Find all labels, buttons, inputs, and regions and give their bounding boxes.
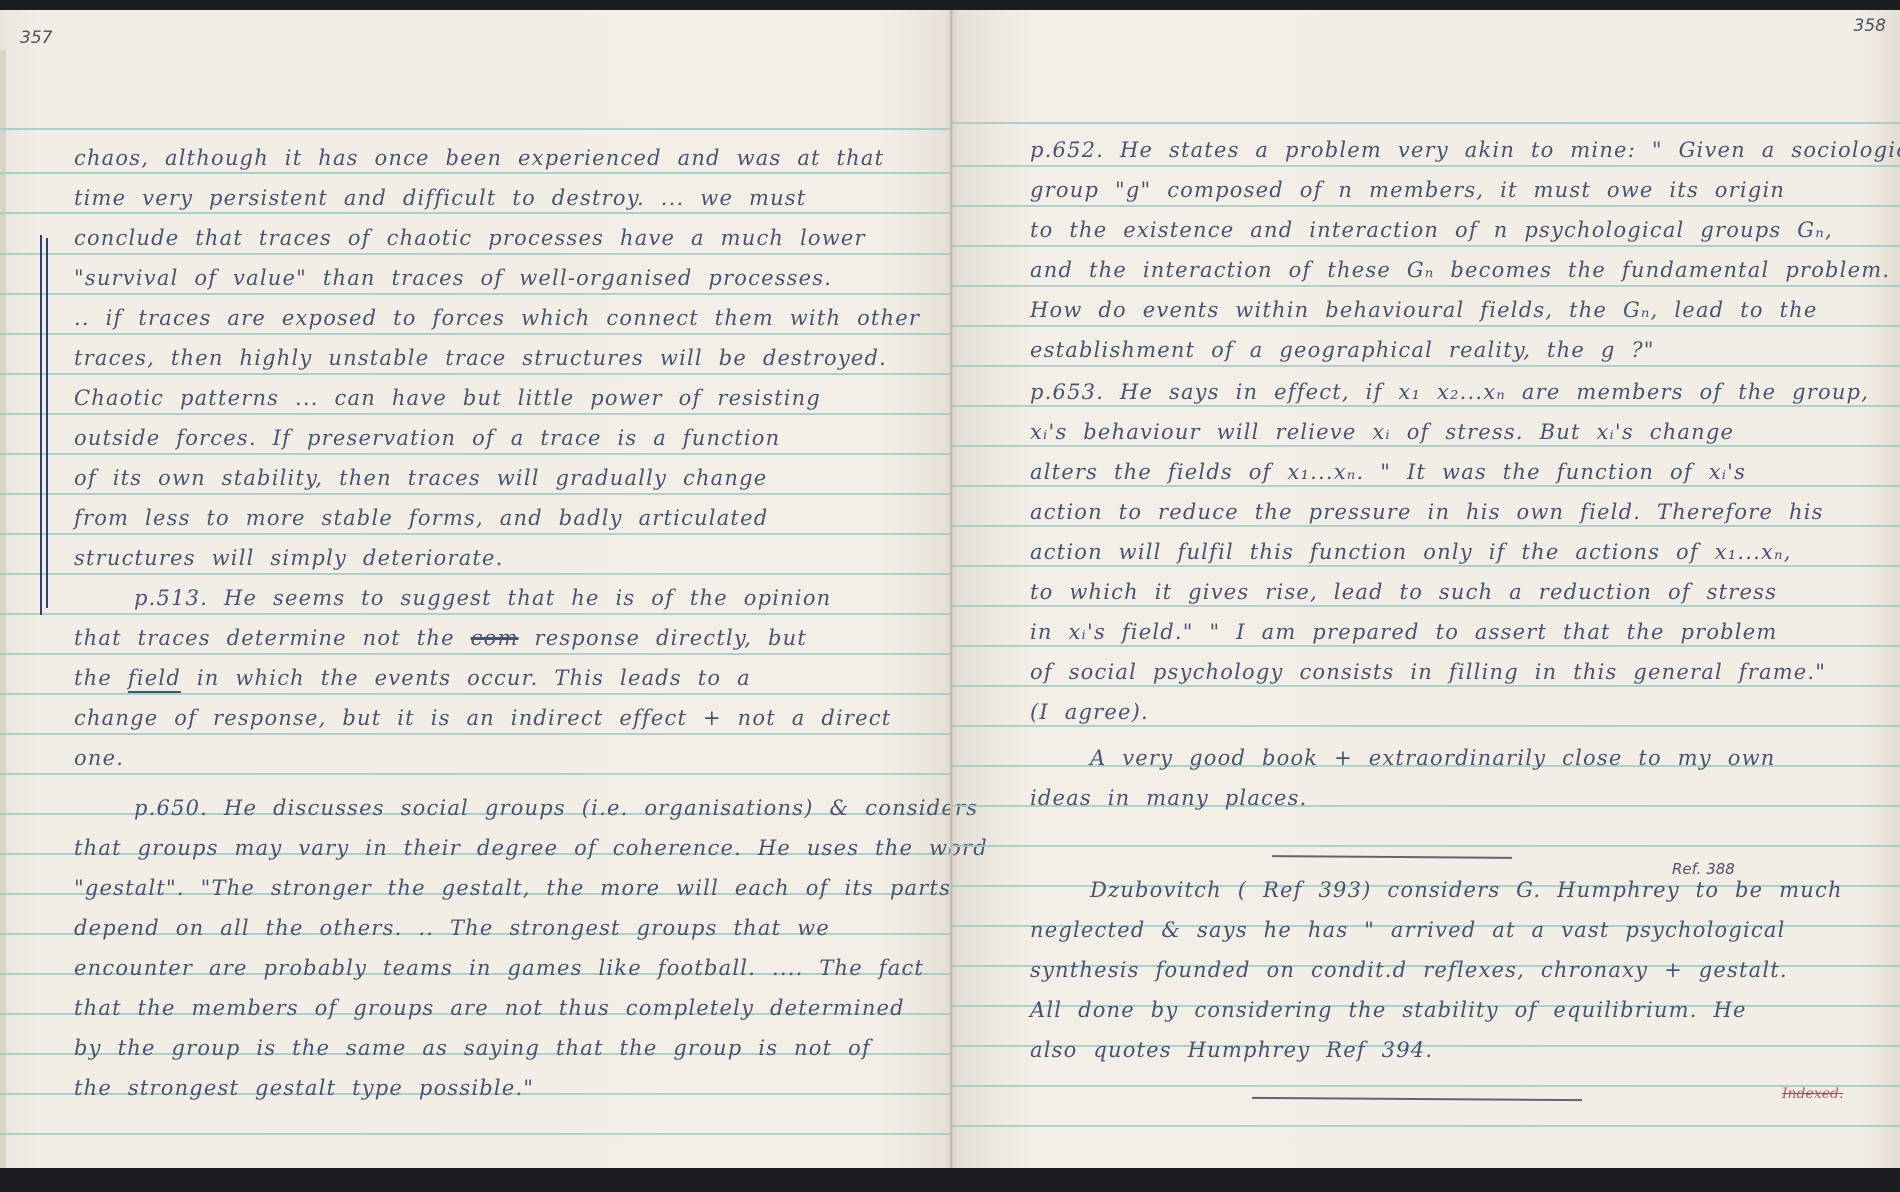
text-line: also quotes Humphrey Ref 394.	[1030, 1038, 1433, 1062]
background-edge	[0, 1168, 1900, 1192]
section-separator	[1272, 855, 1512, 859]
margin-annotation-bar	[40, 235, 42, 615]
text-line: alters the fields of x₁...xₙ. " It was t…	[1030, 460, 1746, 484]
rule-line	[0, 653, 952, 655]
text-line: depend on all the others. .. The stronge…	[74, 916, 830, 940]
text-line: conclude that traces of chaotic processe…	[74, 226, 866, 250]
text-line: by the group is the same as saying that …	[74, 1036, 871, 1060]
text-line: (I agree).	[1030, 700, 1149, 724]
text-line: ideas in many places.	[1030, 786, 1308, 810]
text-line: "survival of value" than traces of well-…	[74, 266, 832, 290]
text-line: time very persistent and difficult to de…	[74, 186, 806, 210]
rule-line	[952, 405, 1900, 407]
rule-line	[952, 285, 1900, 287]
rule-line	[0, 413, 952, 415]
page-number-right: 358	[1854, 16, 1886, 36]
text-line: Dzubovitch ( Ref 393) considers G. Humph…	[1030, 878, 1843, 902]
rule-line	[0, 293, 952, 295]
margin-annotation-bar	[46, 238, 48, 608]
rule-line	[0, 172, 952, 174]
rule-line	[0, 573, 952, 575]
underlined-word: field	[128, 666, 181, 690]
rule-line	[952, 605, 1900, 607]
text-line: from less to more stable forms, and badl…	[74, 506, 768, 530]
text-line: to the existence and interaction of n ps…	[1030, 218, 1833, 242]
text-line: and the interaction of these Gₙ becomes …	[1030, 258, 1890, 282]
text-line: .. if traces are exposed to forces which…	[74, 306, 920, 330]
rule-line	[952, 525, 1900, 527]
text-fragment: in which the events occur. This leads to…	[197, 666, 751, 690]
text-line: p.652. He states a problem very akin to …	[1030, 138, 1900, 162]
rule-line	[952, 165, 1900, 167]
text-line: p.513. He seems to suggest that he is of…	[74, 586, 831, 610]
rule-line	[0, 212, 952, 214]
text-line: A very good book + extraordinarily close…	[1030, 746, 1775, 770]
rule-line	[0, 333, 952, 335]
text-line: p.653. He says in effect, if x₁ x₂...xₙ …	[1030, 380, 1869, 404]
section-separator	[1252, 1097, 1582, 1101]
text-line: outside forces. If preservation of a tra…	[74, 426, 780, 450]
text-line: establishment of a geographical reality,…	[1030, 338, 1655, 362]
right-page: 358 p.652. He states a problem very akin…	[952, 10, 1900, 1178]
rule-line	[0, 453, 952, 455]
text-fragment: response directly, but	[534, 626, 807, 650]
text-line: of social psychology consists in filling…	[1030, 660, 1826, 684]
rule-line	[952, 205, 1900, 207]
text-line: All done by considering the stability of…	[1030, 998, 1747, 1022]
text-fragment: that traces determine not the	[74, 626, 455, 650]
rule-line	[952, 325, 1900, 327]
rule-line	[952, 725, 1900, 727]
text-line: one.	[74, 746, 124, 770]
rule-line	[0, 373, 952, 375]
text-line: chaos, although it has once been experie…	[74, 146, 884, 170]
text-line: the field in which the events occur. Thi…	[74, 666, 751, 690]
rule-line	[0, 733, 952, 735]
rule-line	[952, 1085, 1900, 1087]
text-line: to which it gives rise, lead to such a r…	[1030, 580, 1777, 604]
text-line: synthesis founded on condit.d reflexes, …	[1030, 958, 1788, 982]
text-line: change of response, but it is an indirec…	[74, 706, 891, 730]
page-number-left: 357	[20, 28, 52, 48]
text-line: xᵢ's behaviour will relieve xᵢ of stress…	[1030, 420, 1734, 444]
rule-line	[0, 1133, 952, 1135]
text-line: action to reduce the pressure in his own…	[1030, 500, 1824, 524]
text-line: group "g" composed of n members, it must…	[1030, 178, 1785, 202]
rule-line	[952, 565, 1900, 567]
text-line: neglected & says he has " arrived at a v…	[1030, 918, 1785, 942]
text-line: the strongest gestalt type possible."	[74, 1076, 534, 1100]
text-line: How do events within behavioural fields,…	[1030, 298, 1818, 322]
rule-line	[952, 245, 1900, 247]
struck-word: com	[471, 626, 519, 650]
text-line: structures will simply deteriorate.	[74, 546, 504, 570]
text-fragment: the	[74, 666, 112, 690]
rule-line	[0, 693, 952, 695]
indexed-signoff: Indexed.	[1782, 1086, 1843, 1102]
rule-line	[0, 253, 952, 255]
text-line: encounter are probably teams in games li…	[74, 956, 924, 980]
rule-line	[0, 773, 952, 775]
rule-line	[952, 485, 1900, 487]
rule-line	[0, 128, 952, 130]
rule-line	[952, 122, 1900, 124]
rule-line	[952, 1125, 1900, 1127]
rule-line	[952, 845, 1900, 847]
rule-line	[0, 493, 952, 495]
text-line: action will fulfil this function only if…	[1030, 540, 1792, 564]
text-line: that the members of groups are not thus …	[74, 996, 905, 1020]
text-line: in xᵢ's field." " I am prepared to asser…	[1030, 620, 1777, 644]
rule-line	[952, 365, 1900, 367]
text-line: that groups may vary in their degree of …	[74, 836, 988, 860]
text-line: Chaotic patterns ... can have but little…	[74, 386, 821, 410]
rule-line	[952, 445, 1900, 447]
notebook-spread: 357 chaos, although it has once been exp…	[0, 10, 1900, 1178]
text-line: "gestalt". "The stronger the gestalt, th…	[74, 876, 951, 900]
rule-line	[952, 645, 1900, 647]
text-line: that traces determine not the com respon…	[74, 626, 807, 650]
text-line: p.650. He discusses social groups (i.e. …	[74, 796, 978, 820]
rule-line	[952, 685, 1900, 687]
left-page: 357 chaos, although it has once been exp…	[0, 10, 952, 1178]
rule-line	[0, 533, 952, 535]
superscript-ref-note: Ref. 388	[1672, 860, 1735, 878]
text-line: traces, then highly unstable trace struc…	[74, 346, 887, 370]
rule-line	[0, 613, 952, 615]
text-line: of its own stability, then traces will g…	[74, 466, 767, 490]
